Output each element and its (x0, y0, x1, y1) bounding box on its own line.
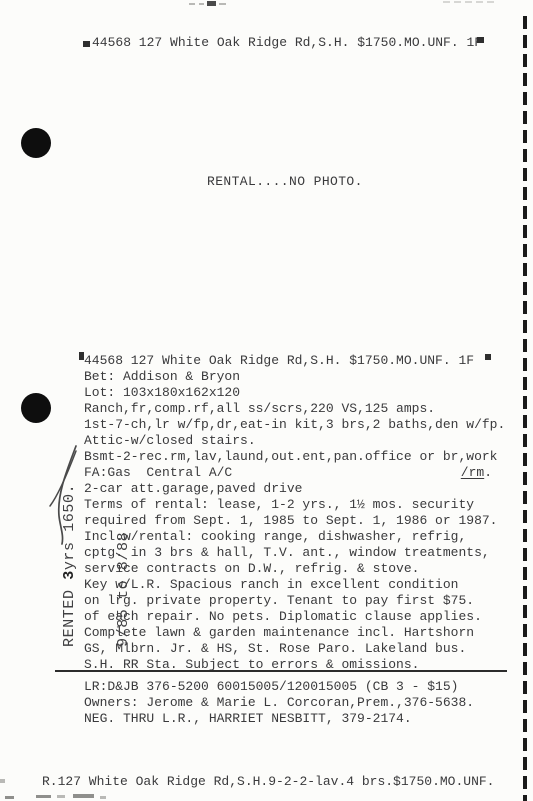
listing-line: Ranch,fr,comp.rf,all ss/scrs,220 VS,125 … (84, 401, 498, 417)
rooms-blank-underline: /rm (461, 465, 484, 480)
listing-line: 44568 127 White Oak Ridge Rd,S.H. $1750.… (84, 353, 498, 369)
overstruck-digit: 3 (61, 570, 78, 580)
scan-artifact-dash (36, 795, 51, 798)
broker-line: LR:D&JB 376-5200 60015005/120015005 (CB … (84, 679, 504, 695)
listing-line: Bsmt-2-rec.rm,lav,laund,out.ent,pan.offi… (84, 449, 498, 465)
margin-rented-note-line2: 9/85 to 8/88 (115, 477, 133, 647)
listing-line: Lot: 103x180x162x120 (84, 385, 498, 401)
typed-mark-speck (477, 37, 484, 43)
punch-hole-dot (21, 128, 51, 158)
scan-artifact-dash (207, 1, 216, 6)
listing-line: 1st-7-ch,lr w/fp,dr,eat-in kit,3 brs,2 b… (84, 417, 498, 433)
scan-edge-line (523, 16, 527, 801)
rooms-blank: /rm. (461, 465, 492, 481)
scan-artifact-dash (5, 796, 14, 799)
scan-artifact-dash (189, 3, 195, 5)
scan-artifact-dash (199, 3, 204, 5)
broker-line: NEG. THRU L.R., HARRIET NESBITT, 379-217… (84, 711, 504, 727)
broker-contact-block: LR:D&JB 376-5200 60015005/120015005 (CB … (84, 679, 504, 727)
scan-artifact-dash (100, 796, 106, 799)
rental-no-photo-notice: RENTAL....NO PHOTO. (207, 174, 363, 190)
punch-hole-dot (21, 393, 51, 423)
scan-artifact-dash (219, 3, 226, 5)
listing-line: Bet: Addison & Bryon (84, 369, 498, 385)
scan-artifact-dash (57, 795, 65, 798)
scan-artifact-dash (73, 794, 94, 798)
scan-artifact-dash (0, 779, 5, 783)
separator-rule (55, 670, 507, 672)
handwritten-check-mark (46, 442, 88, 548)
header-listing-line: 44568 127 White Oak Ridge Rd,S.H. $1750.… (92, 35, 482, 51)
listing-line: Attic-w/closed stairs. (84, 433, 498, 449)
footer-summary-line: R.127 White Oak Ridge Rd,S.H.9-2-2-lav.4… (42, 774, 494, 790)
scanned-listing-card: 44568 127 White Oak Ridge Rd,S.H. $1750.… (0, 0, 533, 801)
broker-line: Owners: Jerome & Marie L. Corcoran,Prem.… (84, 695, 504, 711)
scan-artifact-dash (443, 1, 498, 3)
typed-mark-speck (83, 41, 90, 47)
